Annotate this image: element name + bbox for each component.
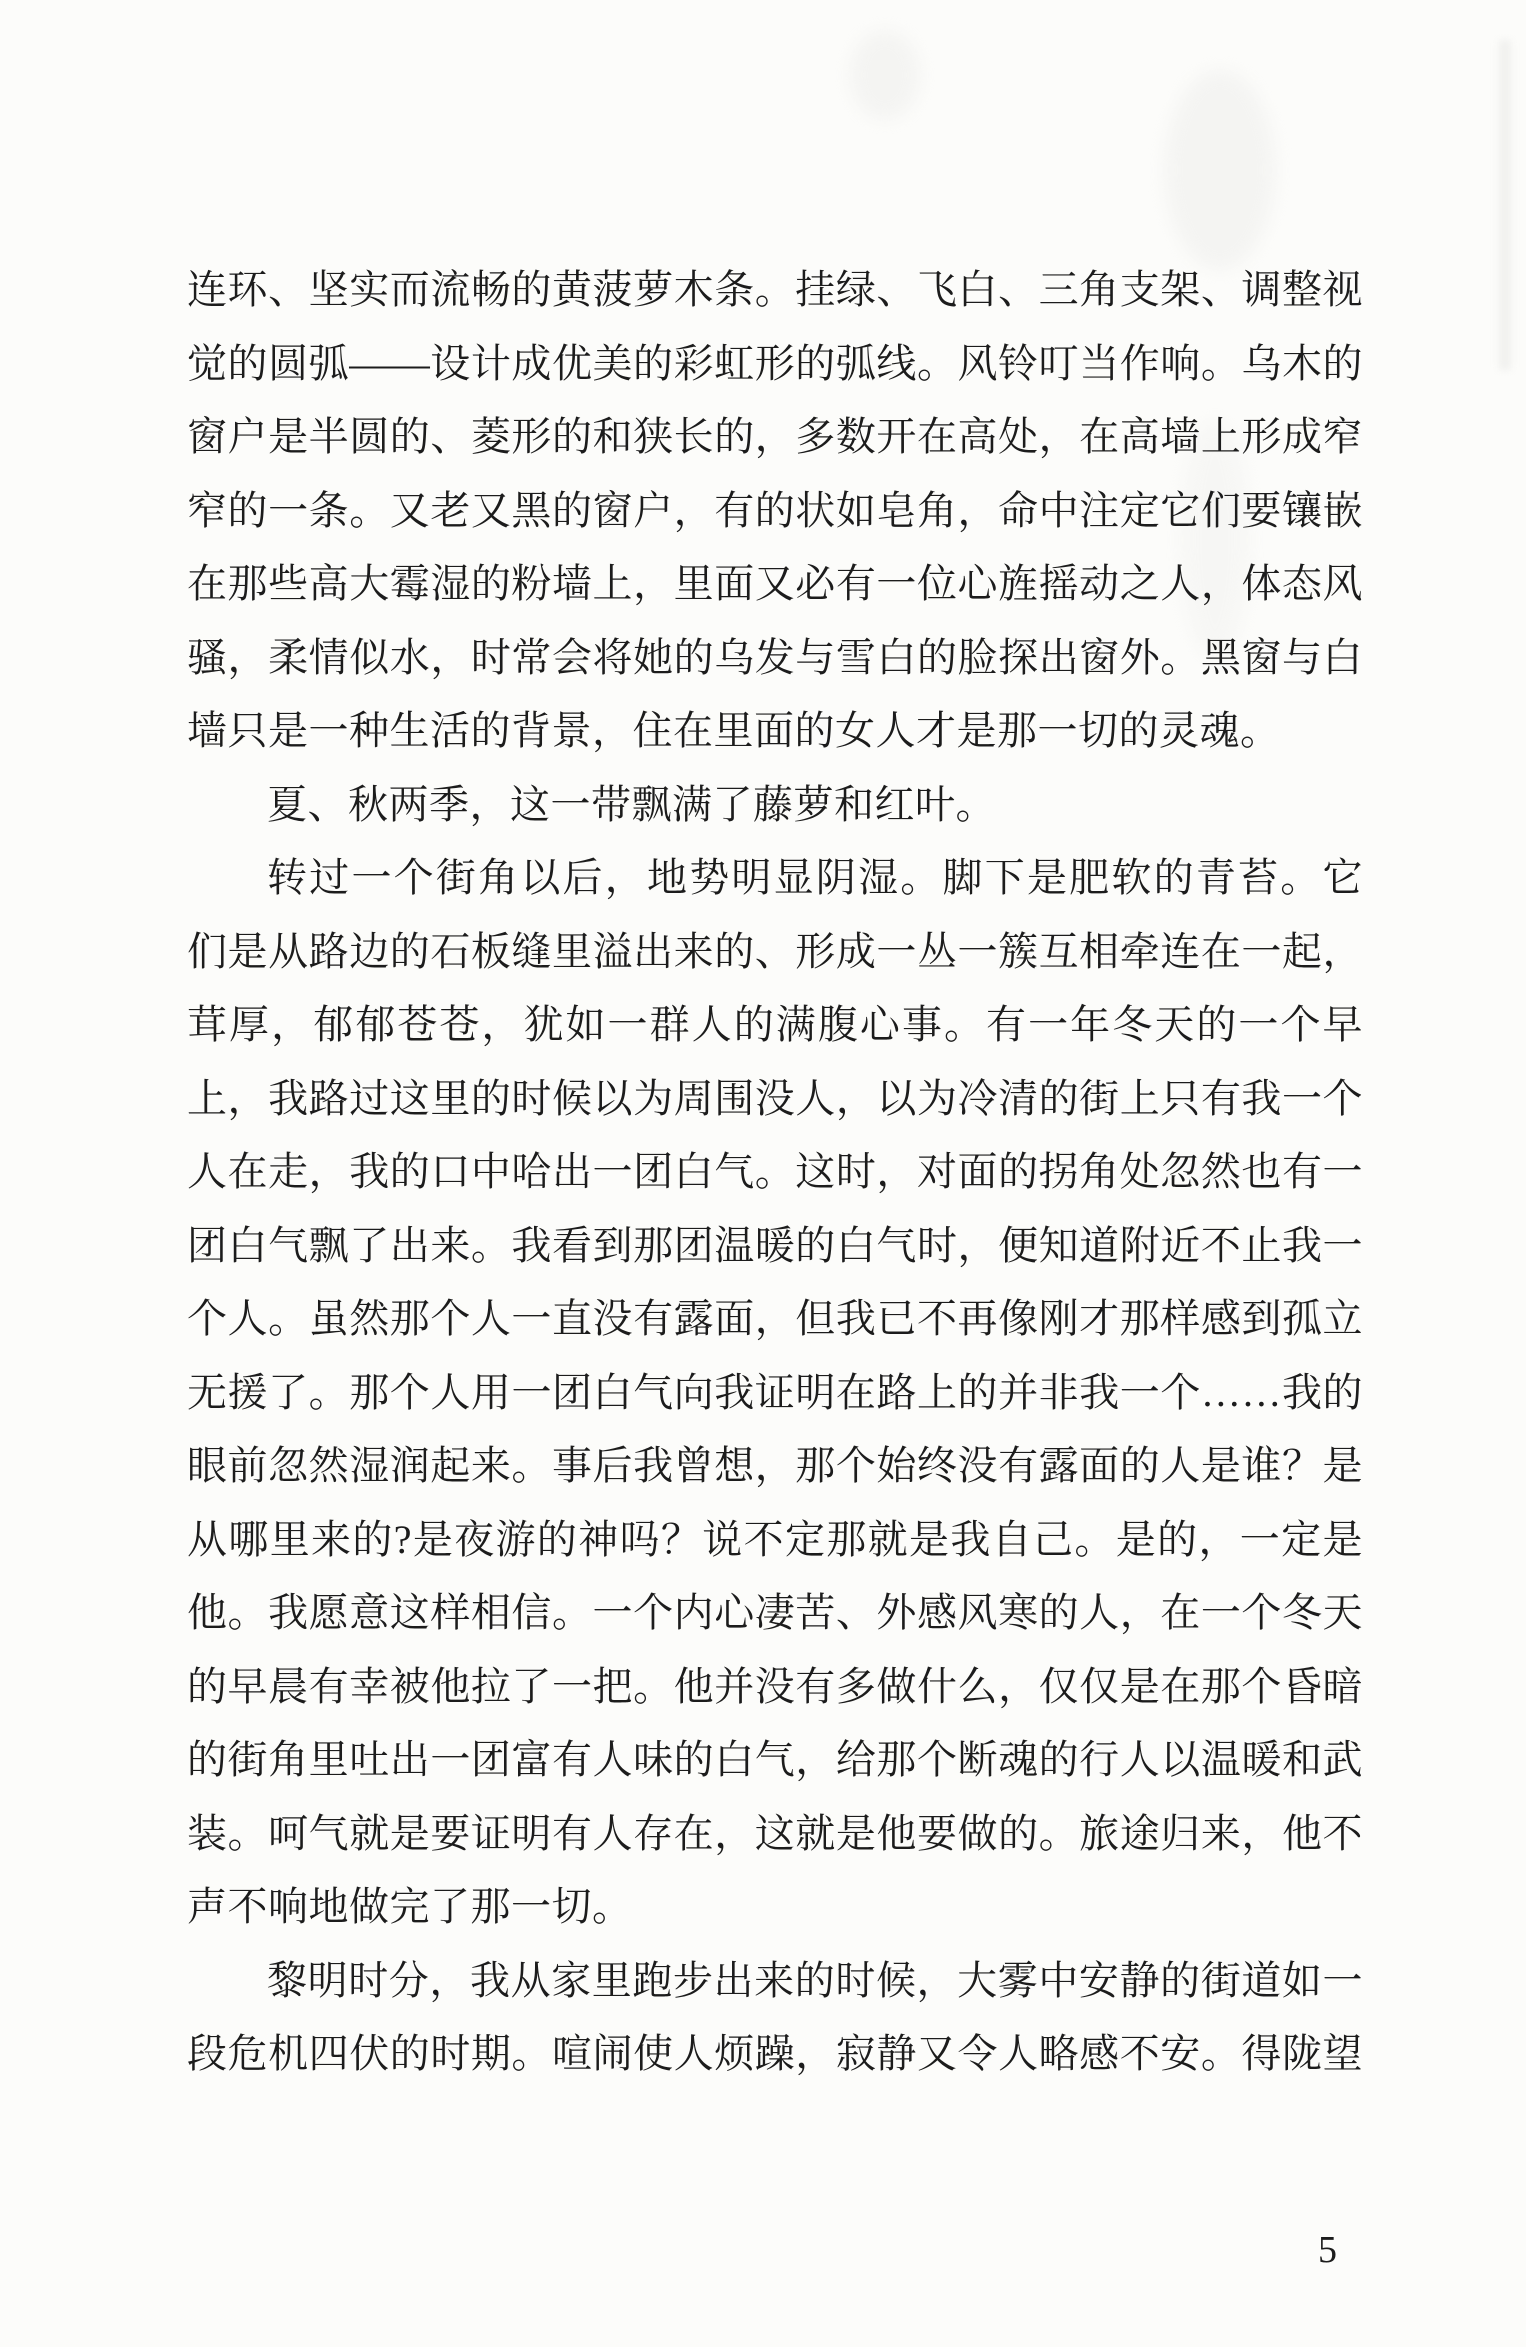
text-line: 窄的一条。又老又黑的窗户，有的状如皂角，命中注定它们要镶嵌 bbox=[187, 474, 1363, 548]
text-line: 人在走，我的口中哈出一团白气。这时，对面的拐角处忽然也有一 bbox=[187, 1135, 1363, 1209]
text-line: 装。呵气就是要证明有人存在，这就是他要做的。旅途归来，他不 bbox=[187, 1797, 1363, 1871]
text-line: 墙只是一种生活的背景，住在里面的女人才是那一切的灵魂。 bbox=[187, 694, 1363, 768]
text-line: 眼前忽然湿润起来。事后我曾想，那个始终没有露面的人是谁？是 bbox=[187, 1429, 1363, 1503]
text-line: 窗户是半圆的、菱形的和狭长的，多数开在高处，在高墙上形成窄 bbox=[187, 400, 1363, 474]
text-line: 夏、秋两季，这一带飘满了藤萝和红叶。 bbox=[187, 768, 1363, 842]
text-line: 团白气飘了出来。我看到那团温暖的白气时，便知道附近不止我一 bbox=[187, 1209, 1363, 1283]
scan-artifact bbox=[1165, 70, 1275, 270]
book-page: 连环、坚实而流畅的黄菠萝木条。挂绿、飞白、三角支架、调整视觉的圆弧——设计成优美… bbox=[0, 0, 1526, 2347]
page-number: 5 bbox=[1318, 2228, 1337, 2272]
text-line: 骚，柔情似水，时常会将她的乌发与雪白的脸探出窗外。黑窗与白 bbox=[187, 621, 1363, 695]
text-line: 黎明时分，我从家里跑步出来的时候，大雾中安静的街道如一 bbox=[187, 1944, 1363, 2018]
text-line: 茸厚，郁郁苍苍，犹如一群人的满腹心事。有一年冬天的一个早 bbox=[187, 988, 1363, 1062]
text-line: 上，我路过这里的时候以为周围没人，以为冷清的街上只有我一个 bbox=[187, 1062, 1363, 1136]
scan-artifact bbox=[850, 30, 920, 120]
scan-artifact bbox=[1499, 40, 1511, 370]
text-line: 们是从路边的石板缝里溢出来的、形成一丛一簇互相牵连在一起， bbox=[187, 915, 1363, 989]
text-line: 个人。虽然那个人一直没有露面，但我已不再像刚才那样感到孤立 bbox=[187, 1282, 1363, 1356]
text-line: 连环、坚实而流畅的黄菠萝木条。挂绿、飞白、三角支架、调整视 bbox=[187, 253, 1363, 327]
body-text: 连环、坚实而流畅的黄菠萝木条。挂绿、飞白、三角支架、调整视觉的圆弧——设计成优美… bbox=[187, 253, 1363, 2091]
text-line: 觉的圆弧——设计成优美的彩虹形的弧线。风铃叮当作响。乌木的 bbox=[187, 327, 1363, 401]
text-line: 段危机四伏的时期。喧闹使人烦躁，寂静又令人略感不安。得陇望 bbox=[187, 2017, 1363, 2091]
text-line: 声不响地做完了那一切。 bbox=[187, 1870, 1363, 1944]
text-line: 无援了。那个人用一团白气向我证明在路上的并非我一个……我的 bbox=[187, 1356, 1363, 1430]
text-line: 他。我愿意这样相信。一个内心凄苦、外感风寒的人，在一个冬天 bbox=[187, 1576, 1363, 1650]
text-line: 转过一个街角以后，地势明显阴湿。脚下是肥软的青苔。它 bbox=[187, 841, 1363, 915]
text-line: 的街角里吐出一团富有人味的白气，给那个断魂的行人以温暖和武 bbox=[187, 1723, 1363, 1797]
text-line: 从哪里来的?是夜游的神吗？说不定那就是我自己。是的，一定是 bbox=[187, 1503, 1363, 1577]
text-line: 的早晨有幸被他拉了一把。他并没有多做什么，仅仅是在那个昏暗 bbox=[187, 1650, 1363, 1724]
text-line: 在那些高大霉湿的粉墙上，里面又必有一位心旌摇动之人，体态风 bbox=[187, 547, 1363, 621]
